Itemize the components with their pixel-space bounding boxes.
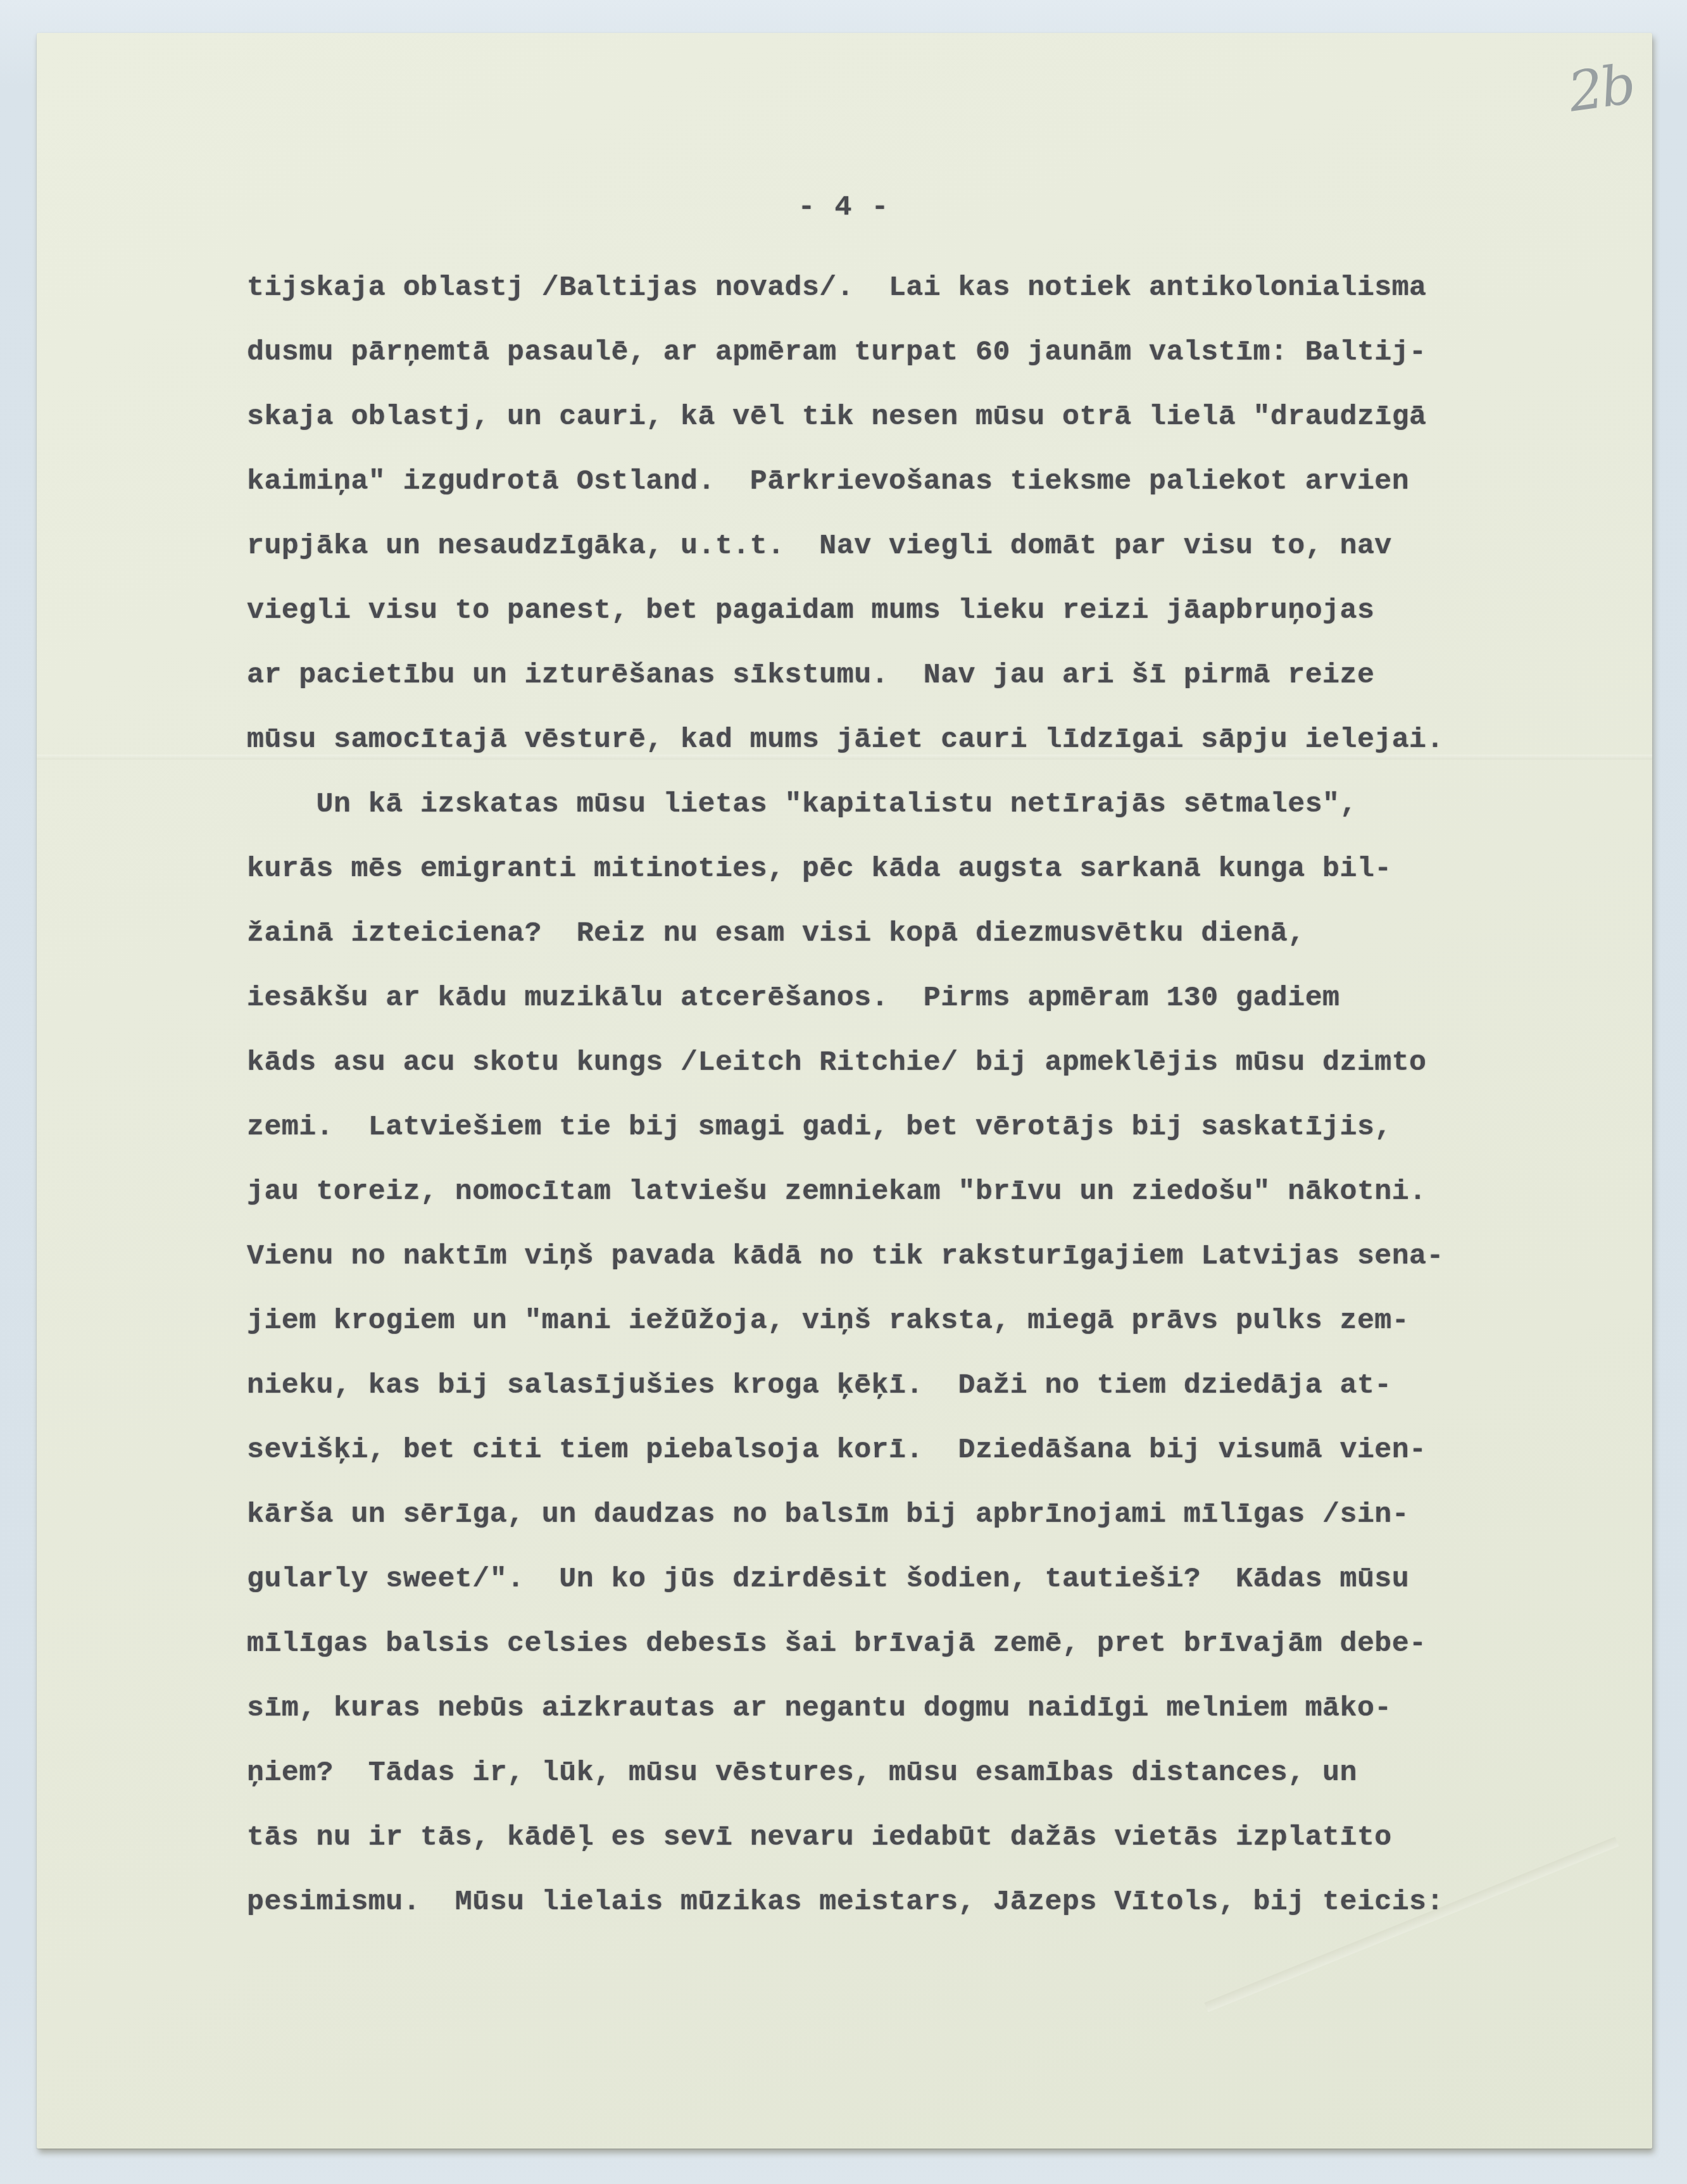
text-line: ar pacietību un izturēšanas sīkstumu. Na… bbox=[247, 643, 1545, 708]
text-line: žainā izteiciena? Reiz nu esam visi kopā… bbox=[247, 901, 1545, 966]
text-line: tijskaja oblastj /Baltijas novads/. Lai … bbox=[247, 256, 1545, 320]
body-text: tijskaja oblastj /Baltijas novads/. Lai … bbox=[247, 256, 1545, 1935]
typed-page-number: - 4 - bbox=[246, 191, 1442, 223]
text-line: mīlīgas balsis celsies debesīs šai brīva… bbox=[247, 1612, 1545, 1676]
text-line: iesākšu ar kādu muzikālu atcerēšanos. Pi… bbox=[247, 966, 1545, 1031]
text-line: gularly sweet/". Un ko jūs dzirdēsit šod… bbox=[247, 1547, 1545, 1612]
text-line: jiem krogiem un "mani iežūžoja, viņš rak… bbox=[247, 1289, 1545, 1353]
text-line: rupjāka un nesaudzīgāka, u.t.t. Nav vieg… bbox=[247, 514, 1545, 579]
text-line: pesimismu. Mūsu lielais mūzikas meistars… bbox=[247, 1870, 1545, 1935]
text-line: kāds asu acu skotu kungs /Leitch Ritchie… bbox=[247, 1031, 1545, 1095]
text-line: dusmu pārņemtā pasaulē, ar apmēram turpa… bbox=[247, 320, 1545, 385]
text-line: viegli visu to panest, bet pagaidam mums… bbox=[247, 579, 1545, 643]
document-page: 2b - 4 - tijskaja oblastj /Baltijas nova… bbox=[37, 33, 1652, 2149]
scan-background: 2b - 4 - tijskaja oblastj /Baltijas nova… bbox=[0, 0, 1687, 2184]
text-line: nieku, kas bij salasījušies kroga ķēķī. … bbox=[247, 1353, 1545, 1418]
text-line: Un kā izskatas mūsu lietas "kapitalistu … bbox=[247, 772, 1545, 837]
text-line: tās nu ir tās, kādēļ es sevī nevaru ieda… bbox=[247, 1805, 1545, 1870]
handwritten-page-number: 2b bbox=[1565, 53, 1638, 124]
text-line: jau toreiz, nomocītam latviešu zemniekam… bbox=[247, 1160, 1545, 1224]
text-line: Vienu no naktīm viņš pavada kādā no tik … bbox=[247, 1224, 1545, 1289]
text-line: skaja oblastj, un cauri, kā vēl tik nese… bbox=[247, 385, 1545, 449]
text-line: kaimiņa" izgudrotā Ostland. Pārkrievošan… bbox=[247, 449, 1545, 514]
text-line: sīm, kuras nebūs aizkrautas ar negantu d… bbox=[247, 1676, 1545, 1741]
text-line: ņiem? Tādas ir, lūk, mūsu vēstures, mūsu… bbox=[247, 1741, 1545, 1805]
text-line: sevišķi, bet citi tiem piebalsoja korī. … bbox=[247, 1418, 1545, 1483]
text-line: zemi. Latviešiem tie bij smagi gadi, bet… bbox=[247, 1095, 1545, 1160]
text-line: kārša un sērīga, un daudzas no balsīm bi… bbox=[247, 1483, 1545, 1547]
text-line: mūsu samocītajā vēsturē, kad mums jāiet … bbox=[247, 708, 1545, 772]
text-line: kurās mēs emigranti mitinoties, pēc kāda… bbox=[247, 837, 1545, 901]
